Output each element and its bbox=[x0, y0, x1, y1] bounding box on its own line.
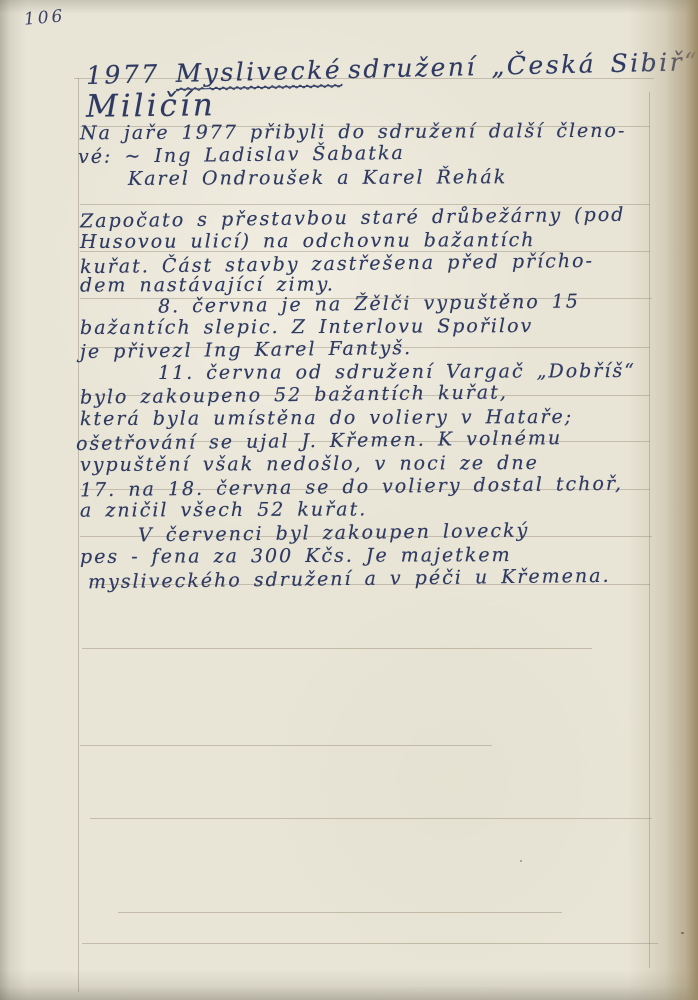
entry-text-line: mysliveckého sdružení a v péči u Křemena… bbox=[88, 565, 611, 593]
entry-text-line: 11. června od sdružení Vargač „Dobříš“ bbox=[158, 360, 636, 384]
page-edge-shadow-bottom bbox=[0, 970, 698, 1000]
ink-speck bbox=[520, 860, 522, 862]
entry-text-line: ošetřování se ujal J. Křemen. K volnému bbox=[76, 427, 562, 455]
chronicle-page: 106 1977Mysliveckésdružení „Česká Sibiř“… bbox=[0, 0, 698, 1000]
page-edge-shadow-top bbox=[0, 0, 698, 14]
page-edge-shadow-left bbox=[0, 0, 26, 1000]
entry-text-line: je přivezl Ing Karel Fantyš. bbox=[80, 337, 412, 363]
association-name-underlined: Myslivecké bbox=[175, 55, 342, 90]
margin-line-right bbox=[649, 92, 650, 968]
entry-year: 1977 bbox=[86, 59, 160, 90]
entry-text-line: V červenci byl zakoupen lovecký bbox=[138, 520, 530, 547]
ruled-line bbox=[118, 912, 562, 913]
town-name: Miličín bbox=[86, 87, 216, 125]
entry-text-line: bylo zakoupeno 52 bažantích kuřat, bbox=[80, 381, 508, 408]
entry-text-line: která byla umístěna do voliery v Hataře; bbox=[80, 406, 573, 430]
ruled-line bbox=[82, 943, 658, 944]
ruled-line bbox=[80, 745, 492, 746]
entry-text-line: 8. června je na Žělči vypuštěno 15 bbox=[158, 290, 580, 317]
entry-text-line: Na jaře 1977 přibyli do sdružení další č… bbox=[80, 120, 626, 144]
entry-text-line: Karel Ondroušek a Karel Řehák bbox=[128, 166, 507, 190]
entry-text-line: Započato s přestavbou staré drůbežárny (… bbox=[80, 204, 626, 233]
entry-text-line: pes - fena za 300 Kčs. Je majetkem bbox=[80, 544, 512, 568]
ruled-line bbox=[90, 818, 652, 819]
page-number: 106 bbox=[23, 6, 66, 30]
entry-text-line: vé: ~ Ing Ladislav Šabatka bbox=[78, 142, 405, 168]
ink-speck bbox=[681, 932, 684, 934]
entry-text-line: vypuštění však nedošlo, v noci ze dne bbox=[80, 452, 539, 476]
entry-text-line: 17. na 18. června se do voliery dostal t… bbox=[80, 473, 623, 502]
entry-text-line: bažantích slepic. Z Interlovu Spořilov bbox=[80, 315, 533, 339]
entry-text-line: a zničil všech 52 kuřat. bbox=[80, 498, 367, 521]
page-edge-shadow-right bbox=[628, 0, 698, 1000]
ruled-line bbox=[82, 648, 592, 649]
entry-heading: 1977Mysliveckésdružení „Česká Sibiř“ bbox=[86, 47, 698, 90]
margin-line-left bbox=[78, 78, 79, 992]
entry-text-line: Husovou ulicí) na odchovnu bažantích bbox=[80, 229, 536, 253]
